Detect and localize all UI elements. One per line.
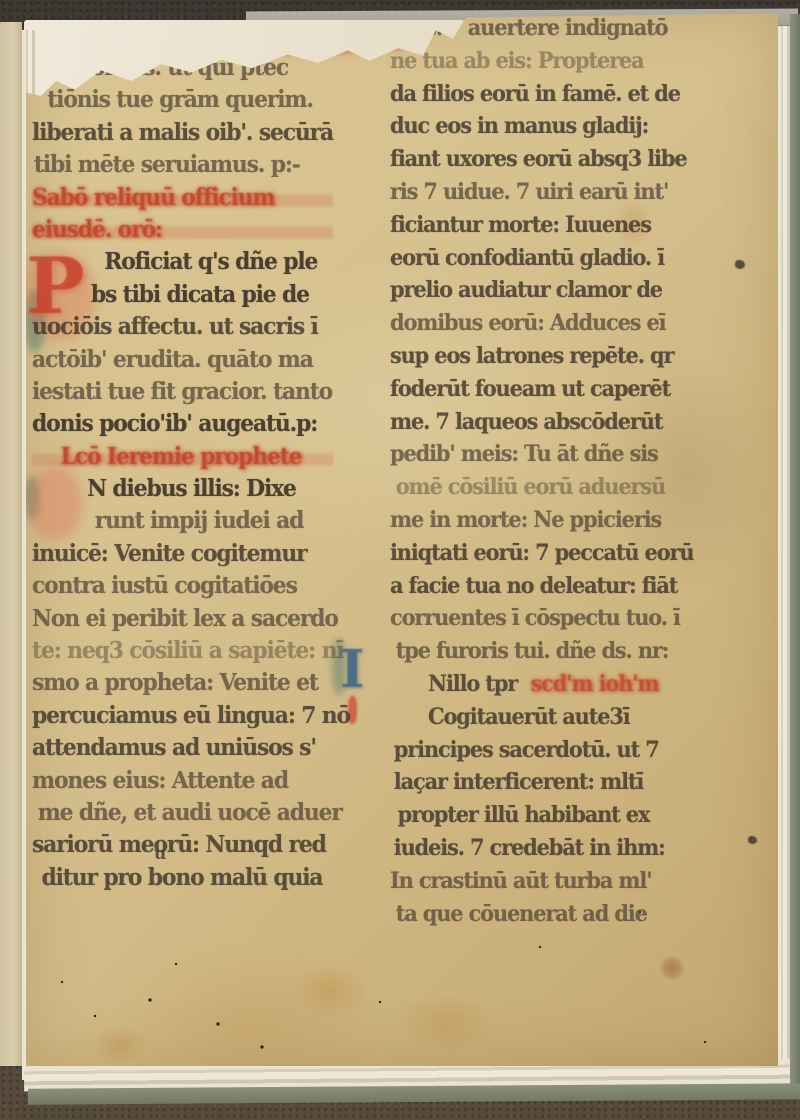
line-text: ris 7 uidue. 7 uiri earū int': [390, 179, 668, 205]
line-text: fiant uxores eorū absq3 libe: [390, 146, 687, 172]
line-text: eorū confodiantū gladio. ī: [390, 245, 664, 271]
margin-stain: [748, 836, 757, 844]
manuscript-line: runt impij iudei ad: [32, 505, 360, 537]
manuscript-line: a facie tua no deleatur: fiāt: [390, 570, 742, 603]
manuscript-line: liberati a malis oib'. secūrā: [32, 117, 360, 149]
line-text: tiōnis tue grām querim.: [47, 86, 313, 113]
line-text: In crastinū aūt turba ml': [390, 868, 651, 894]
manuscript-line: pedib' meis: Tu āt dñe sis: [390, 438, 742, 471]
margin-stain: [735, 260, 745, 269]
manuscript-line: inuicē: Venite cogitemur: [32, 538, 360, 570]
line-text: uociōis affectu. ut sacris ī: [32, 313, 318, 340]
manuscript-line: sariorū meorū: Nunqd red: [32, 829, 360, 861]
manuscript-line: me. 7 laqueos abscōderūt: [390, 406, 742, 439]
manuscript-line: mones eius: Attente ad: [32, 765, 360, 797]
line-text: liberati a malis oib'. secūrā: [32, 119, 333, 146]
manuscript-page: P I oīs ds. ut qui ptectiōnis tue grām q…: [26, 8, 778, 1066]
manuscript-line: In crastinū aūt turba ml': [390, 865, 742, 898]
line-text: attendamus ad uniūsos s': [32, 734, 316, 761]
line-text: Lcō Ieremie prophete: [61, 443, 302, 470]
line-text: Sabō reliquū officium: [32, 184, 274, 211]
manuscript-line: Roficiat q's dñe ple: [32, 246, 360, 278]
manuscript-line: da filios eorū in famē. et de: [390, 78, 742, 111]
manuscript-line: corruentes ī cōspectu tuo. ī: [390, 602, 742, 635]
line-text: ta que cōuenerat ad die: [396, 901, 647, 927]
line-text: bs tibi dicata pie de: [91, 281, 309, 308]
line-text: percuciamus eū lingua: 7 nō: [32, 702, 350, 729]
manuscript-line: prelio audiatur clamor de: [390, 274, 742, 307]
line-text: donis pocio'ib' augeatū.p:: [32, 410, 317, 437]
manuscript-line: fiant uxores eorū absq3 libe: [390, 143, 742, 176]
line-text: da filios eorū in famē. et de: [390, 81, 680, 107]
line-text: corruentes ī cōspectu tuo. ī: [390, 605, 680, 631]
line-text: prelio audiatur clamor de: [390, 277, 662, 303]
line-text: N diebus illis: Dixe: [87, 475, 296, 502]
manuscript-line: ta que cōuenerat ad die: [390, 898, 742, 931]
manuscript-line: tpe furoris tui. dñe ds. nr:: [390, 635, 742, 668]
line-text: principes sacerdotū. ut 7: [394, 737, 659, 763]
line-text: duc eos in manus gladij:: [390, 113, 648, 139]
manuscript-line: attendamus ad uniūsos s': [32, 732, 360, 764]
manuscript-line: Non ei peribit lex a sacerdo: [32, 603, 360, 635]
line-text: smo a propheta: Venite et: [32, 669, 318, 696]
manuscript-line: actōib' erudita. quāto ma: [32, 344, 360, 376]
manuscript-line: iniqtati eorū: 7 peccatū eorū: [390, 537, 742, 570]
manuscript-line: Lcō Ieremie prophete: [32, 441, 360, 473]
line-text: inuicē: Venite cogitemur: [32, 540, 307, 567]
manuscript-line: me in morte: Ne ppicieris: [390, 504, 742, 537]
line-text: ficiantur morte: Iuuenes: [390, 212, 651, 238]
manuscript-line: percuciamus eū lingua: 7 nō: [32, 700, 360, 732]
manuscript-line: smo a propheta: Venite et: [32, 667, 360, 699]
manuscript-line: iestati tue fit gracior. tanto: [32, 376, 360, 408]
line-text: actōib' erudita. quāto ma: [32, 346, 313, 373]
text-column-right: is. 7 auertere indignatōne tua ab eis: P…: [390, 12, 760, 930]
line-text: eiusdē. orō:: [32, 216, 162, 243]
manuscript-line: eiusdē. orō:: [32, 214, 360, 246]
line-text: ditur pro bono malū quia: [42, 864, 323, 891]
manuscript-line: uociōis affectu. ut sacris ī: [32, 311, 360, 343]
line-text: tpe furoris tui. dñe ds. nr:: [396, 638, 669, 664]
manuscript-line: principes sacerdotū. ut 7: [390, 734, 742, 767]
line-text: tibi mēte seruiamus. p:-: [34, 151, 300, 178]
manuscript-line: Nillo tprscd'm ioh'm: [390, 668, 742, 701]
manuscript-line: foderūt foueam ut caperēt: [390, 373, 742, 406]
manuscript-line: tibi mēte seruiamus. p:-: [32, 149, 360, 181]
line-text: iniqtati eorū: 7 peccatū eorū: [390, 540, 693, 566]
interlinear-correction: u: [154, 844, 166, 864]
manuscript-line: ne tua ab eis: Propterea: [390, 45, 742, 78]
manuscript-line: omē cōsiliū eorū aduersū: [390, 471, 742, 504]
line-text: pedib' meis: Tu āt dñe sis: [390, 441, 658, 467]
manuscript-line: ditur pro bono malū quia: [32, 862, 360, 894]
line-text: Cogitauerūt aute3ī: [428, 704, 630, 730]
line-text: Nillo tpr: [428, 671, 517, 697]
line-text: me dñe, et audi uocē aduer: [38, 799, 342, 826]
line-text: me. 7 laqueos abscōderūt: [390, 409, 662, 435]
manuscript-line: iudeis. 7 credebāt in ihm:: [390, 832, 742, 865]
manuscript-line: Cogitauerūt aute3ī: [390, 701, 742, 734]
manuscript-line: duc eos in manus gladij:: [390, 110, 742, 143]
manuscript-line: bs tibi dicata pie de: [32, 279, 360, 311]
manuscript-line: sup eos latrones repēte. qr: [390, 340, 742, 373]
manuscript-line: Sabō reliquū officium: [32, 182, 360, 214]
line-text: runt impij iudei ad: [95, 507, 304, 534]
text-column-left: oīs ds. ut qui ptectiōnis tue grām queri…: [32, 52, 377, 894]
manuscript-line: me dñe, et audi uocē aduer: [32, 797, 360, 829]
line-text: sup eos latrones repēte. qr: [390, 343, 673, 369]
line-text: iestati tue fit gracior. tanto: [32, 378, 332, 405]
right-page-edges: [776, 26, 790, 1080]
manuscript-line: laçar interficerent: mltī: [390, 766, 742, 799]
line-text: iudeis. 7 credebāt in ihm:: [394, 835, 665, 861]
line-text: propter illū habibant ex: [398, 802, 650, 828]
manuscript-line: contra iustū cogitatiōes: [32, 570, 360, 602]
manuscript-line: N diebus illis: Dixe: [32, 473, 360, 505]
line-text: Roficiat q's dñe ple: [104, 248, 317, 275]
line-text: mones eius: Attente ad: [32, 767, 288, 794]
line-text: ne tua ab eis: Propterea: [390, 48, 644, 74]
line-text: me in morte: Ne ppicieris: [390, 507, 661, 533]
manuscript-line: ris 7 uidue. 7 uiri earū int': [390, 176, 742, 209]
line-text: omē cōsiliū eorū aduersū: [396, 474, 665, 500]
manuscript-line: domibus eorū: Adduces eī: [390, 307, 742, 340]
manuscript-line: ficiantur morte: Iuuenes: [390, 209, 742, 242]
right-cover-edge: [790, 14, 800, 1094]
line-text: laçar interficerent: mltī: [394, 769, 643, 795]
manuscript-line: eorū confodiantū gladio. ī: [390, 242, 742, 275]
line-text: sariorū meorū: Nunqd red: [32, 831, 326, 858]
book-spine-page-edge: [0, 22, 22, 1066]
line-text: domibus eorū: Adduces eī: [390, 310, 665, 336]
manuscript-line: tiōnis tue grām querim.: [32, 84, 360, 116]
manuscript-line: propter illū habibant ex: [390, 799, 742, 832]
manuscript-line: te: neq3 cōsiliū a sapiēte: nī: [32, 635, 360, 667]
manuscript-photo: { "colors":{"fabric":"#484138","parchmen…: [0, 0, 800, 1120]
rubric-inline-text: scd'm ioh'm: [530, 671, 658, 697]
line-text: Non ei peribit lex a sacerdo: [32, 605, 338, 632]
line-text: a facie tua no deleatur: fiāt: [390, 573, 677, 599]
line-text: te: neq3 cōsiliū a sapiēte: nī: [32, 637, 343, 664]
manuscript-line: donis pocio'ib' augeatū.p:: [32, 408, 360, 440]
line-text: foderūt foueam ut caperēt: [390, 376, 670, 402]
line-text: contra iustū cogitatiōes: [32, 572, 297, 599]
